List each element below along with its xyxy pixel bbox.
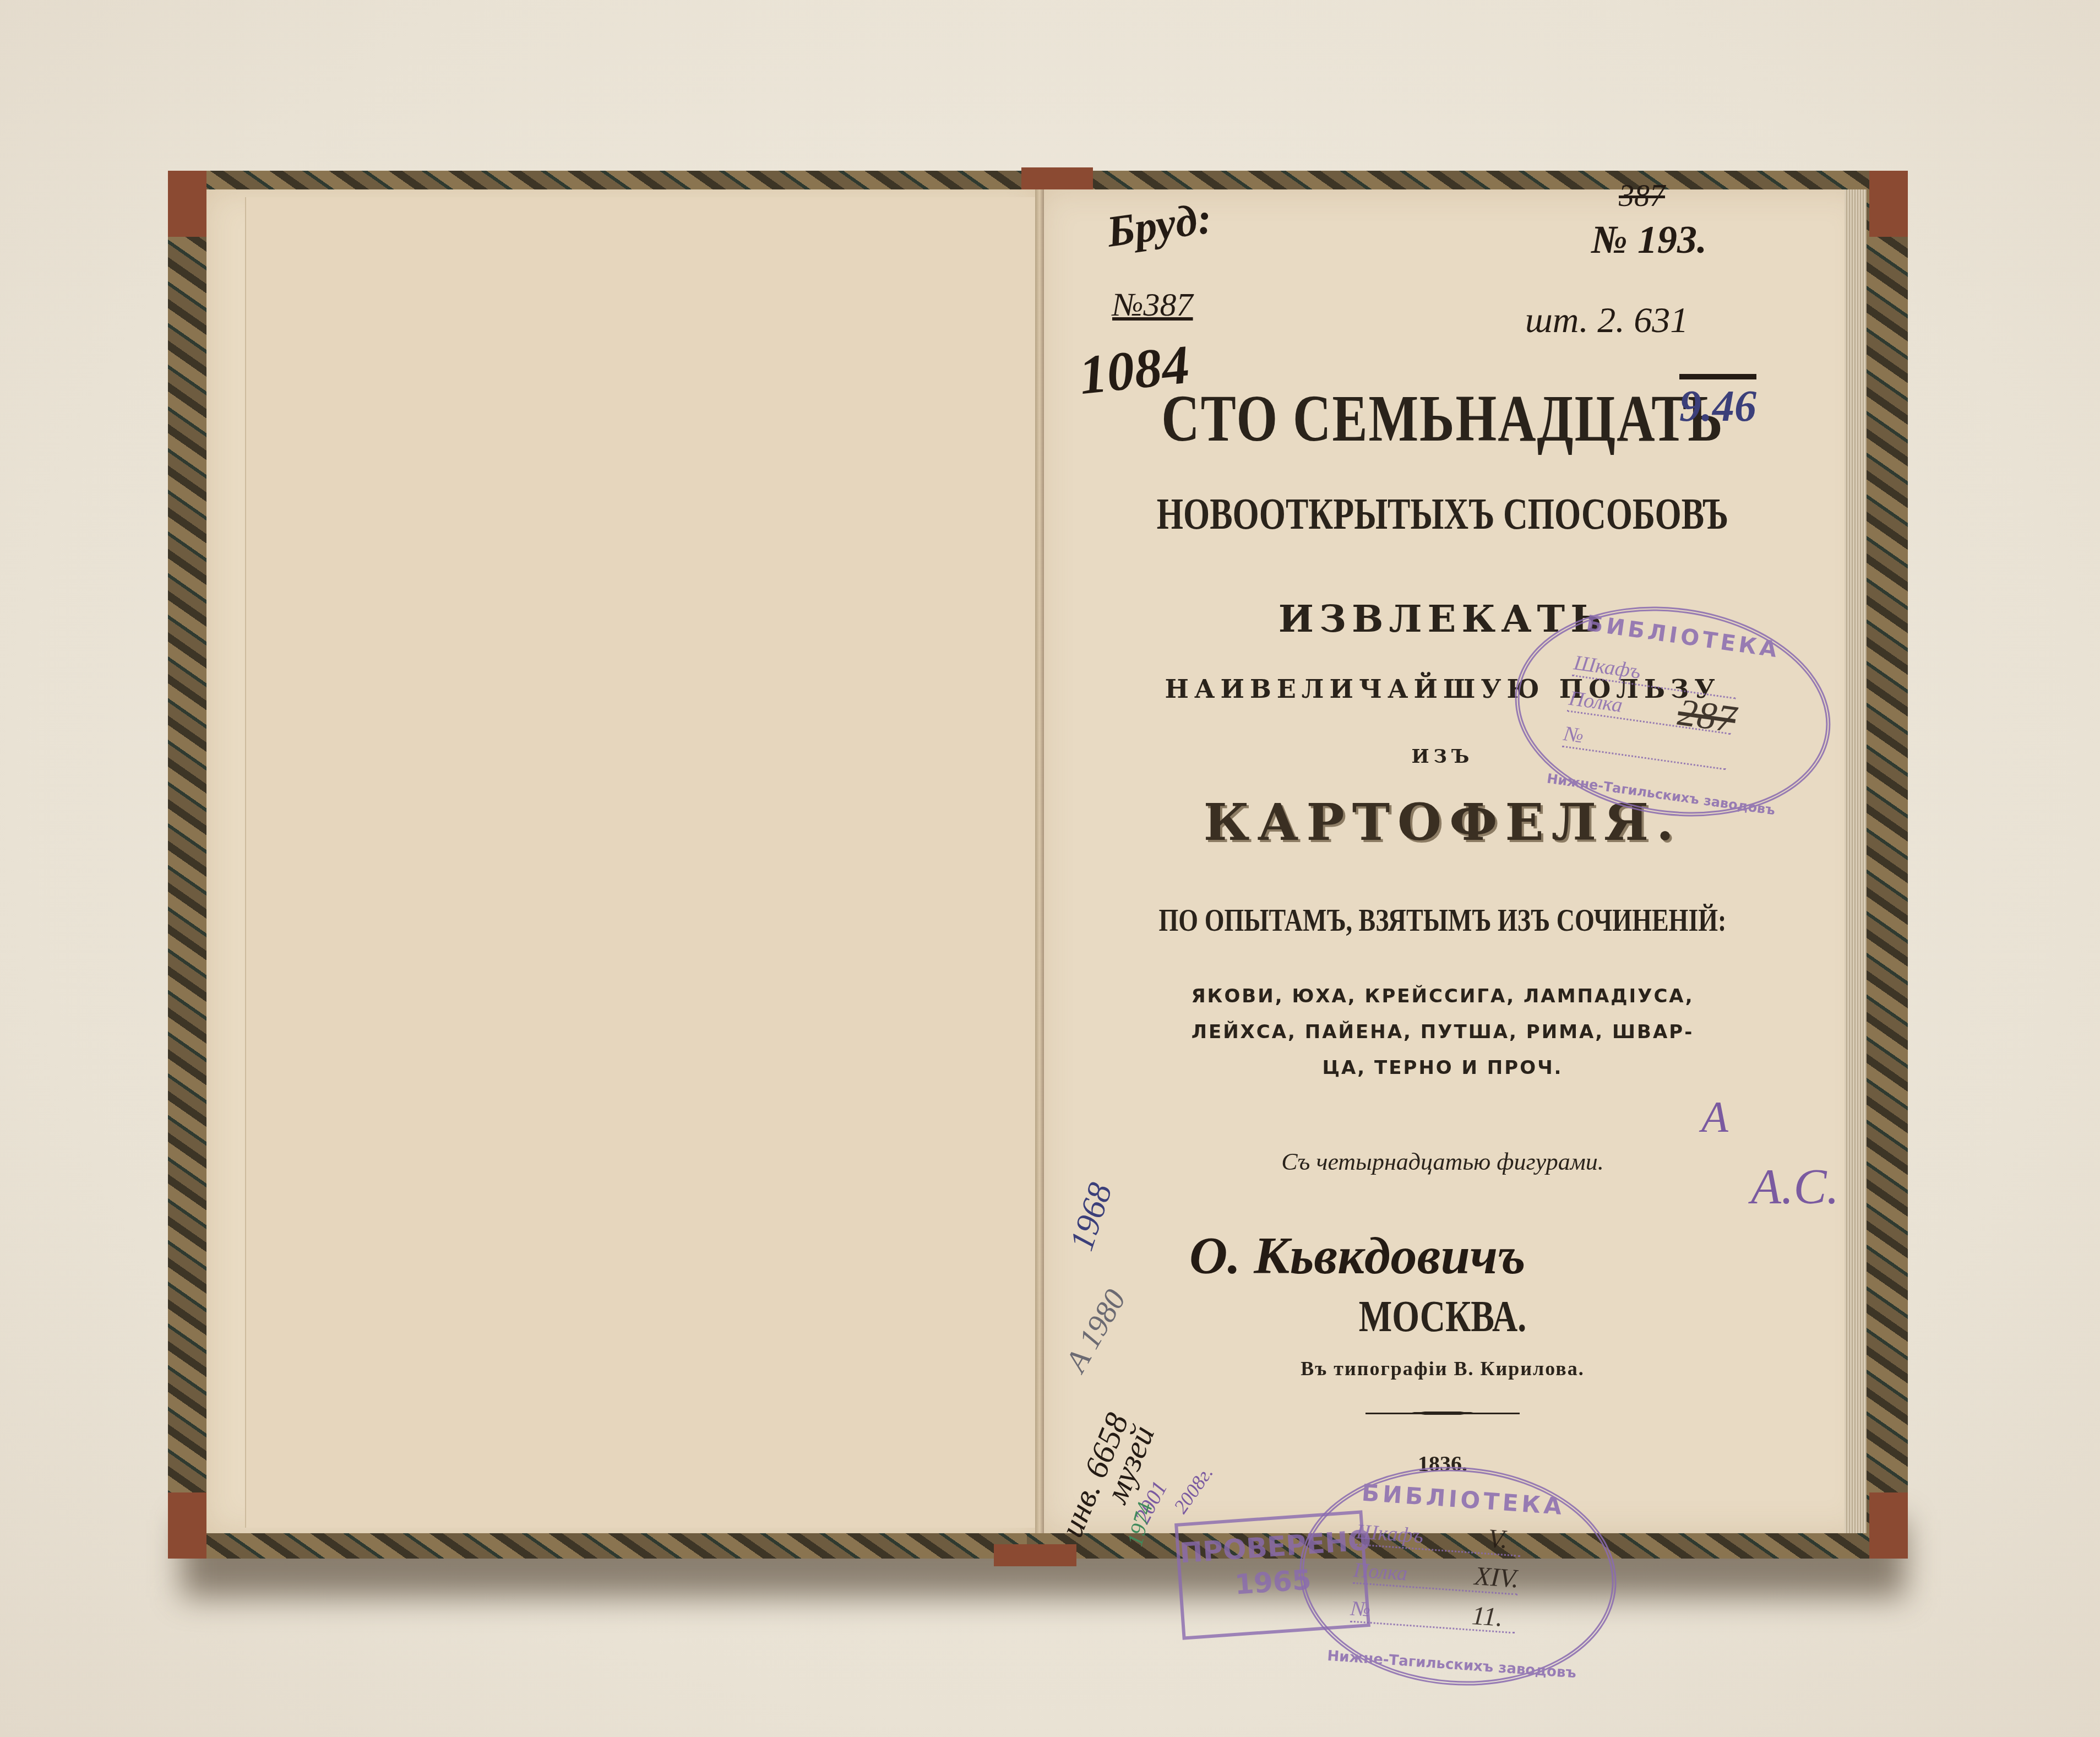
authors-line-3: ЦА, ТЕРНО И ПРОЧ. (1041, 1057, 1845, 1079)
open-book: СТО СЕМЬНАДЦАТЬ НОВООТКРЫТЫХЪ СПОСОБОВЪ … (168, 171, 1908, 1559)
annotation-no193: № 193. (1591, 217, 1707, 263)
figures-note: Съ четырнадцатью фигурами. (1041, 1148, 1845, 1176)
spine-leather-top (1021, 167, 1093, 189)
annotation-as: А.С. (1751, 1159, 1839, 1215)
annotation-1084: 1084 (1076, 333, 1193, 407)
stamp-value-shelf: V. (1487, 1523, 1509, 1555)
stamp-value-287: 287 (1675, 691, 1738, 742)
blank-page (245, 197, 1038, 1528)
annotation-1968: 1968 (1062, 1179, 1120, 1256)
city: МОСКВА. (1041, 1291, 1845, 1343)
left-endpaper (206, 189, 1038, 1533)
spine-leather-bottom (994, 1544, 1076, 1566)
ornament-rule (1365, 1409, 1520, 1417)
annotation-no387: №387 (1112, 286, 1193, 324)
leather-corner (1869, 1492, 1908, 1559)
checked-stamp: ПРОВЕРЕНО 1965 (1174, 1510, 1370, 1640)
annotation-a: А (1701, 1093, 1728, 1143)
leather-corner (168, 1492, 206, 1559)
printer: Въ типографіи В. Кирилова. (1041, 1357, 1845, 1380)
leather-corner (168, 171, 206, 237)
annotation-387: 387 (1619, 178, 1665, 214)
stamp-value-polka: XIV. (1473, 1561, 1520, 1594)
authors-line-1: ЯКОВИ, ЮХА, КРЕЙССИГА, ЛАМПАДІУСА, (1041, 985, 1845, 1007)
signature: О. Кьвкдовичъ (1189, 1225, 1526, 1286)
leather-corner (1869, 171, 1908, 237)
annotation-sht2-631: шт. 2. 631 (1525, 300, 1688, 341)
stamp-value-no: 11. (1471, 1600, 1504, 1633)
title-page-text: СТО СЕМЬНАДЦАТЬ НОВООТКРЫТЫХЪ СПОСОБОВЪ … (1041, 189, 1845, 1533)
annotation-946: 9.46 (1679, 374, 1756, 432)
title-line-2: НОВООТКРЫТЫХЪ СПОСОБОВЪ (1041, 489, 1845, 540)
authors-line-2: ЛЕЙХСА, ПАЙЕНА, ПУТША, РИМА, ШВАР- (1041, 1021, 1845, 1043)
subtitle-sources: ПО ОПЫТАМЪ, ВЗЯТЫМЪ ИЗЪ СОЧИНЕНІЙ: (1041, 902, 1845, 938)
annotation-brud: Бруд: (1104, 193, 1215, 258)
page-edges (1845, 189, 1867, 1533)
